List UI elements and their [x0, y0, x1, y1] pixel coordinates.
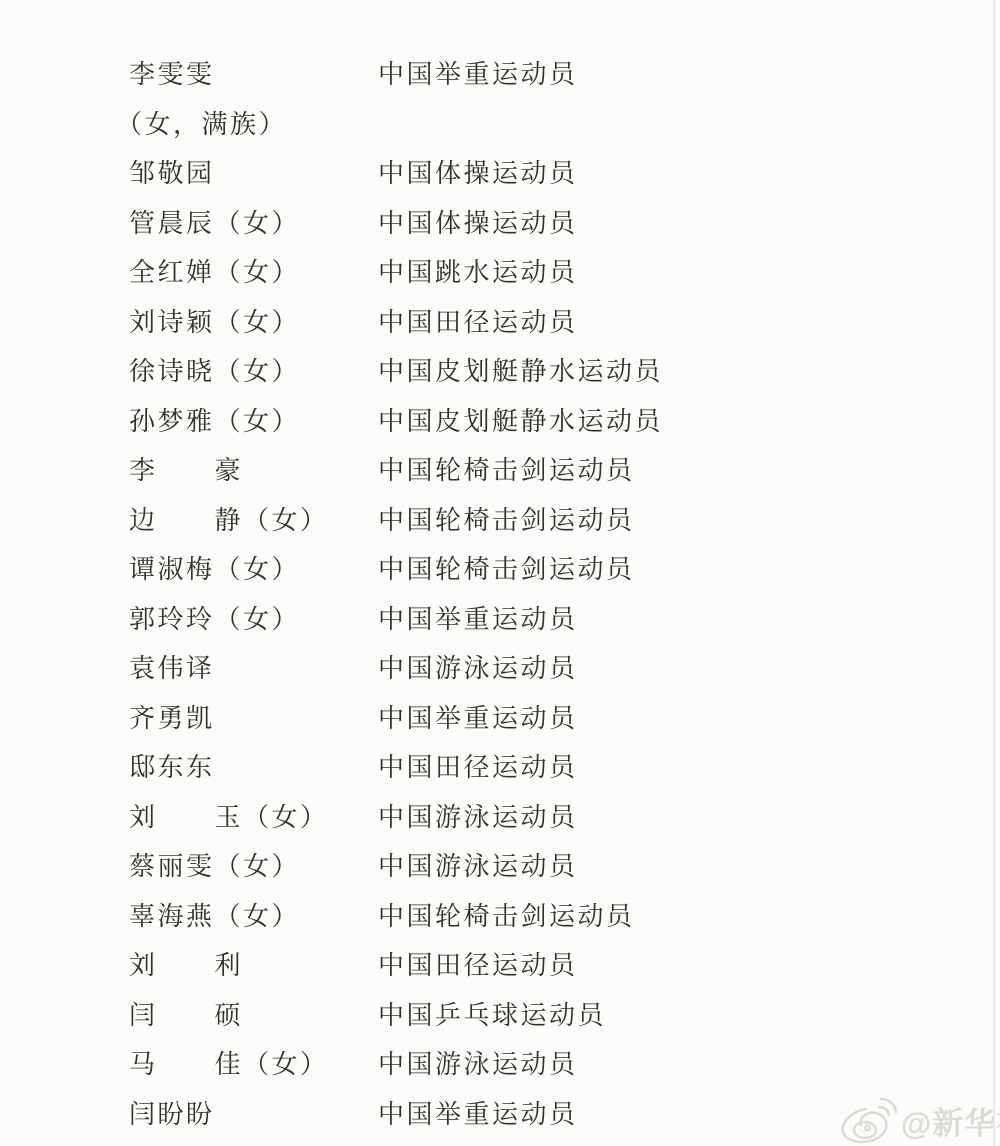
- athlete-name: 郭玲玲（女）: [129, 599, 378, 636]
- watermark: @新华社: [836, 1094, 1000, 1146]
- athlete-desc: 中国田径运动员: [378, 747, 1000, 784]
- athlete-desc: 中国皮划艇静水运动员: [378, 351, 1000, 388]
- athlete-name: 李雯雯: [129, 54, 378, 91]
- athlete-name: 管晨辰（女）: [129, 203, 378, 240]
- athlete-name: 李 豪: [129, 450, 378, 487]
- athlete-row: 李 豪 中国轮椅击剑运动员: [0, 444, 1000, 494]
- athlete-row: 谭淑梅（女） 中国轮椅击剑运动员: [0, 543, 1000, 593]
- athlete-row: （女，满族）: [0, 98, 1000, 148]
- athlete-desc: 中国轮椅击剑运动员: [378, 500, 1000, 537]
- athlete-row: 袁伟译 中国游泳运动员: [0, 642, 1000, 692]
- athlete-desc: 中国乒乓球运动员: [378, 995, 1000, 1032]
- athlete-row: 闫 硕 中国乒乓球运动员: [0, 989, 1000, 1039]
- athlete-desc: 中国皮划艇静水运动员: [378, 401, 1000, 438]
- athlete-desc: 中国体操运动员: [378, 153, 1000, 190]
- athlete-row: 管晨辰（女） 中国体操运动员: [0, 197, 1000, 247]
- athlete-row: 全红婵（女） 中国跳水运动员: [0, 246, 1000, 296]
- weibo-logo-icon: [836, 1094, 900, 1146]
- scanned-document-page: 李雯雯 中国举重运动员 （女，满族） 邹敬园 中国体操运动员 管晨辰（女） 中国…: [0, 0, 1000, 1146]
- athlete-desc: 中国跳水运动员: [378, 252, 1000, 289]
- athlete-desc: 中国游泳运动员: [378, 1044, 1000, 1081]
- athlete-desc: 中国举重运动员: [378, 54, 1000, 91]
- athlete-desc: 中国游泳运动员: [378, 797, 1000, 834]
- athlete-name: 刘 玉（女）: [129, 797, 378, 834]
- athlete-name: 孙梦雅（女）: [129, 401, 378, 438]
- athlete-row: 蔡丽雯（女） 中国游泳运动员: [0, 840, 1000, 890]
- athlete-name: 辜海燕（女）: [129, 896, 378, 933]
- athlete-row: 辜海燕（女） 中国轮椅击剑运动员: [0, 890, 1000, 940]
- athlete-desc: 中国轮椅击剑运动员: [378, 450, 1000, 487]
- athlete-row: 马 佳（女） 中国游泳运动员: [0, 1038, 1000, 1088]
- athlete-name: 蔡丽雯（女）: [129, 846, 378, 883]
- athlete-desc: 中国举重运动员: [378, 599, 1000, 636]
- athlete-row: 邹敬园 中国体操运动员: [0, 147, 1000, 197]
- athlete-name: 刘诗颖（女）: [129, 302, 378, 339]
- athlete-name: 闫盼盼: [129, 1094, 378, 1131]
- athlete-name: 谭淑梅（女）: [129, 549, 378, 586]
- athlete-desc: 中国田径运动员: [378, 945, 1000, 982]
- watermark-handle: @新华社: [901, 1098, 1000, 1143]
- athlete-note: （女，满族）: [116, 104, 365, 141]
- athlete-name: 闫 硕: [129, 995, 378, 1032]
- athlete-row: 刘诗颖（女） 中国田径运动员: [0, 296, 1000, 346]
- athlete-name: 刘 利: [129, 945, 378, 982]
- athlete-desc: 中国游泳运动员: [378, 846, 1000, 883]
- athlete-row: 邸东东 中国田径运动员: [0, 741, 1000, 791]
- athlete-row: 郭玲玲（女） 中国举重运动员: [0, 593, 1000, 643]
- athlete-desc: 中国举重运动员: [378, 698, 1000, 735]
- athlete-list: 李雯雯 中国举重运动员 （女，满族） 邹敬园 中国体操运动员 管晨辰（女） 中国…: [0, 48, 1000, 1137]
- athlete-row: 刘 利 中国田径运动员: [0, 939, 1000, 989]
- athlete-row: 徐诗晓（女） 中国皮划艇静水运动员: [0, 345, 1000, 395]
- athlete-desc: 中国游泳运动员: [378, 648, 1000, 685]
- athlete-name: 邹敬园: [129, 153, 378, 190]
- athlete-name: 邸东东: [129, 747, 378, 784]
- athlete-row: 刘 玉（女） 中国游泳运动员: [0, 791, 1000, 841]
- athlete-name: 全红婵（女）: [129, 252, 378, 289]
- athlete-desc: 中国田径运动员: [378, 302, 1000, 339]
- athlete-row: 孙梦雅（女） 中国皮划艇静水运动员: [0, 395, 1000, 445]
- athlete-row: 边 静（女） 中国轮椅击剑运动员: [0, 494, 1000, 544]
- athlete-name: 边 静（女）: [129, 500, 378, 537]
- athlete-name: 徐诗晓（女）: [129, 351, 378, 388]
- athlete-desc: 中国体操运动员: [378, 203, 1000, 240]
- athlete-desc: 中国轮椅击剑运动员: [378, 549, 1000, 586]
- athlete-desc: 中国轮椅击剑运动员: [378, 896, 1000, 933]
- athlete-row: 李雯雯 中国举重运动员: [0, 48, 1000, 98]
- athlete-name: 齐勇凯: [129, 698, 378, 735]
- athlete-name: 马 佳（女）: [129, 1044, 378, 1081]
- athlete-name: 袁伟译: [129, 648, 378, 685]
- athlete-row: 齐勇凯 中国举重运动员: [0, 692, 1000, 742]
